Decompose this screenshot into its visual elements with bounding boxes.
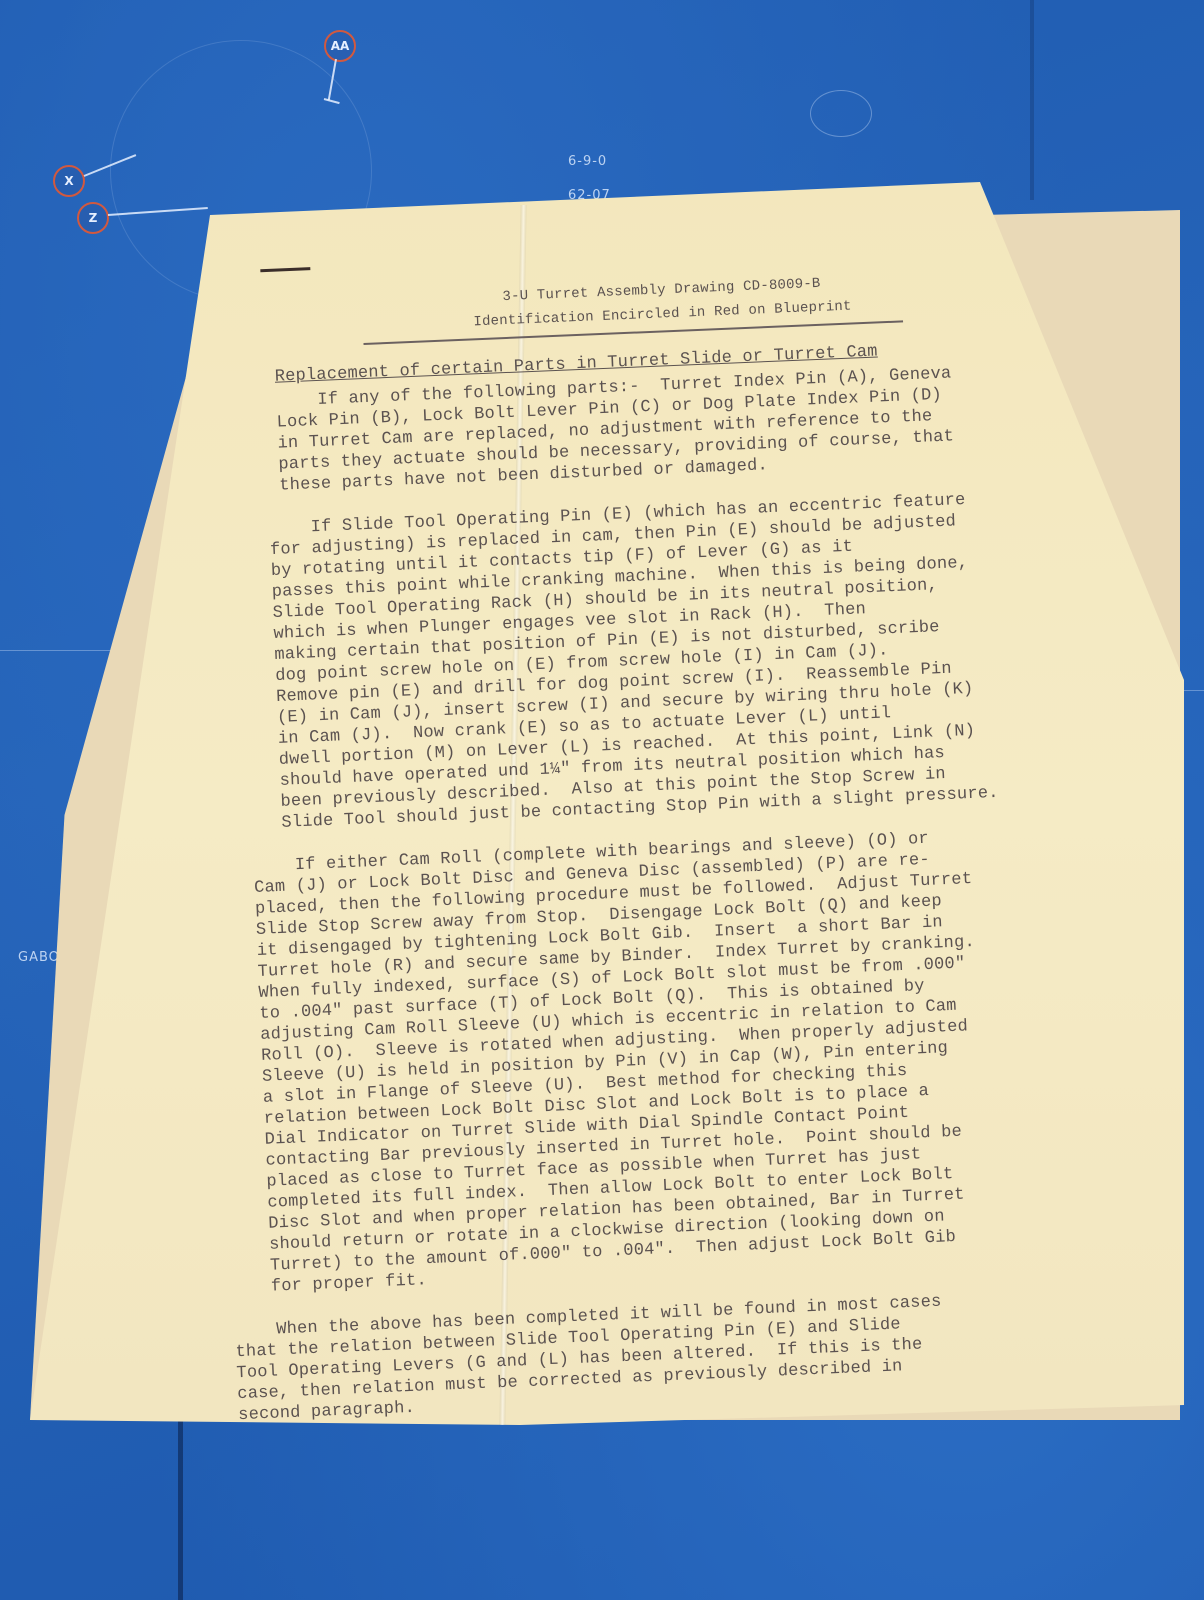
paragraph-2: If Slide Tool Operating Pin (E) (which h… [269, 486, 1073, 834]
callout-z: Z [77, 202, 109, 234]
blueprint-circle-mark [810, 90, 872, 137]
blueprint-dimension: 6-9-0 [568, 154, 607, 169]
blueprint-text: GABO [18, 950, 60, 965]
callout-label: Z [89, 211, 98, 225]
callout-label: X [64, 174, 73, 188]
typed-document: 3-U Turret Assembly Drawing CD-8009-B Id… [150, 236, 1098, 1450]
paragraph-3: If either Cam Roll (complete with bearin… [253, 823, 1093, 1298]
blueprint-fold-line [1030, 0, 1034, 200]
blueprint-fold-line [178, 1410, 183, 1600]
callout-x: X [53, 165, 85, 197]
callout-aa: AA [324, 30, 356, 62]
callout-label: AA [331, 39, 350, 53]
paragraph-4: When the above has been completed it wil… [234, 1285, 1098, 1426]
